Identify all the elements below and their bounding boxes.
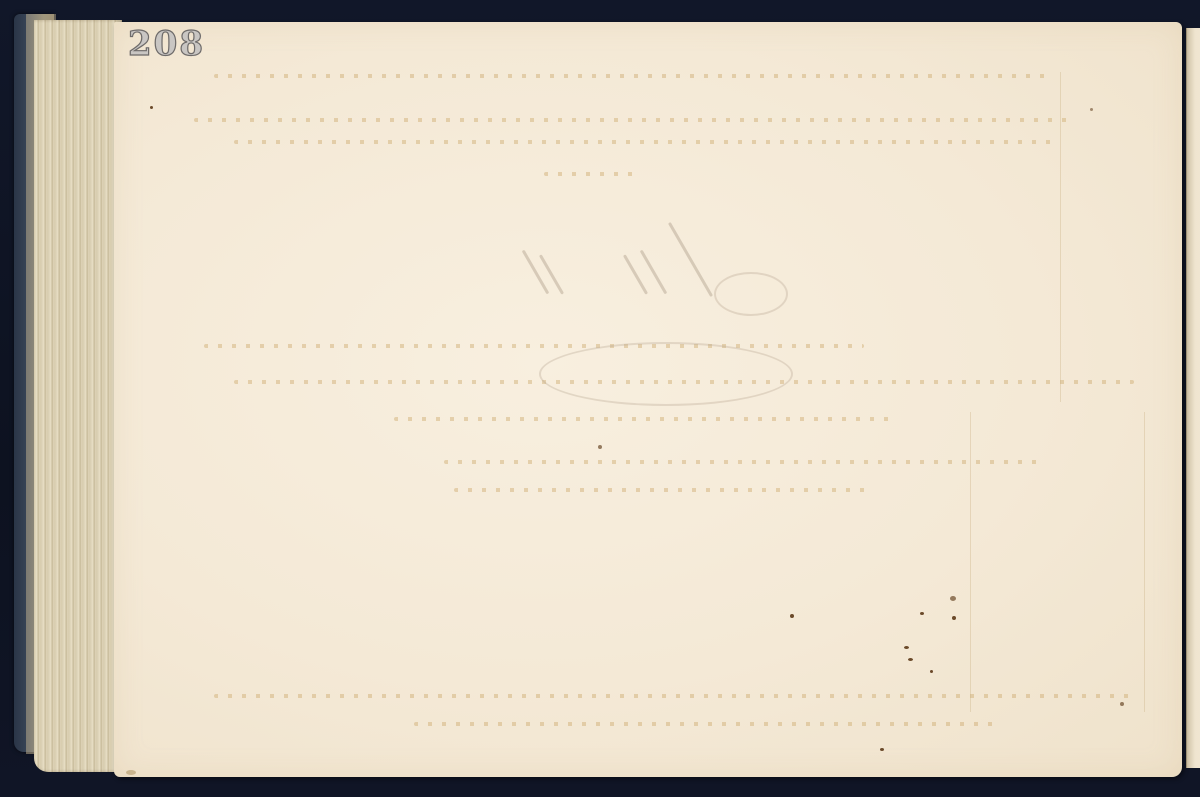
- show-through-flourish: [668, 222, 713, 297]
- show-through-line: [204, 344, 864, 348]
- foxing-spot: [920, 612, 924, 615]
- show-through-line: [454, 488, 874, 492]
- show-through-line: [444, 460, 1044, 464]
- foxing-spot: [950, 596, 956, 601]
- show-through-line: [394, 417, 894, 421]
- foxing-spot: [904, 646, 909, 649]
- foxing-spot: [150, 106, 153, 109]
- foxing-spot: [598, 445, 602, 449]
- page-number-stamp: 208: [128, 24, 205, 64]
- show-through-line: [214, 694, 1134, 698]
- foxing-spot: [930, 670, 933, 673]
- show-through-line: [544, 172, 634, 176]
- foxing-spot: [908, 658, 913, 661]
- show-through-line: [414, 722, 994, 726]
- facing-page-edge: [1186, 28, 1200, 768]
- scan-background: 208: [0, 0, 1200, 797]
- show-through-rule: [970, 412, 971, 712]
- foxing-spot: [790, 614, 794, 618]
- foxing-spot: [952, 616, 956, 620]
- foxing-spot: [1120, 702, 1124, 706]
- show-through-flourish: [714, 272, 788, 316]
- book-page: 208: [114, 22, 1182, 777]
- foxing-spot: [880, 748, 884, 751]
- page-stack: [34, 20, 122, 772]
- foxing-spot: [1090, 108, 1093, 111]
- foxing-spot: [126, 770, 136, 775]
- show-through-line: [234, 140, 1054, 144]
- show-through-rule: [1144, 412, 1145, 712]
- show-through-line: [194, 118, 1074, 122]
- show-through-flourish: [522, 250, 550, 295]
- show-through-line: [214, 74, 1054, 78]
- show-through-flourish: [539, 342, 793, 406]
- show-through-rule: [1060, 72, 1061, 402]
